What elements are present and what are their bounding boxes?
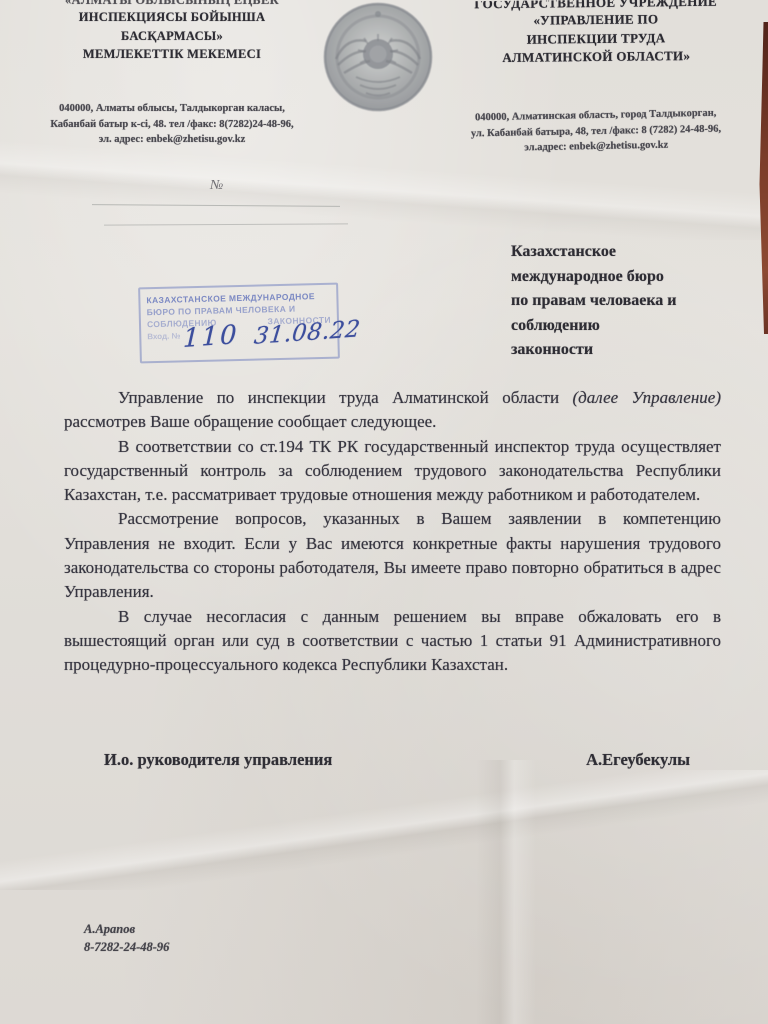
recipient-line: соблюдению <box>511 317 600 334</box>
reference-number-sign: № <box>210 178 223 194</box>
signer-name: А.Егеубекулы <box>586 750 690 770</box>
org-kz-line3: МЕМЛЕКЕТТІК МЕКЕМЕСІ <box>83 47 261 61</box>
executor-phone: 8-7282-24-48-96 <box>84 940 169 954</box>
paragraph-4: В случае несогласия с данным решением вы… <box>64 605 721 678</box>
recipient-line: Казахстанское <box>511 243 616 260</box>
kazakhstan-emblem-icon <box>322 1 434 113</box>
letterhead-org-russian: ГОСУДАРСТВЕННОЕ УЧРЕЖДЕНИЕ «УПРАВЛЕНИЕ П… <box>446 0 747 68</box>
signature-row: И.о. руководителя управления А.Егеубекул… <box>64 750 720 770</box>
reference-blank-line <box>104 223 348 225</box>
paragraph-1-italic: (далее Управление) <box>573 388 722 407</box>
org-ru-line0: ГОСУДАРСТВЕННОЕ УЧРЕЖДЕНИЕ <box>446 0 746 13</box>
org-ru-line3: АЛМАТИНСКОЙ ОБЛАСТИ» <box>502 48 690 65</box>
org-kz-line1: ИНСПЕКЦИЯСЫ БОЙЫНША <box>79 10 266 24</box>
photo-background-edge <box>758 22 768 334</box>
recipient-line: по правам человаека и <box>511 292 677 309</box>
addr-kz-line3: эл. адрес: enbek@zhetisu.gov.kz <box>99 134 246 145</box>
handwritten-entry-number: 110 <box>183 320 240 354</box>
letterhead-address-kazakh: 040000, Алматы облысы, Талдыкорган калас… <box>24 101 320 148</box>
org-ru-line2: ИНСПЕКЦИИ ТРУДА <box>527 30 666 46</box>
org-kz-top-partial-line: «АЛМАТЫ ОБЛЫСЫНЫҢ ЕҢБЕК <box>28 0 316 8</box>
letterhead-org-kazakh: «АЛМАТЫ ОБЛЫСЫНЫҢ ЕҢБЕК ИНСПЕКЦИЯСЫ БОЙЫ… <box>28 0 316 64</box>
paragraph-3: Рассмотрение вопросов, указанных в Вашем… <box>64 507 721 604</box>
addr-kz-line2: Кабанбай батыр к-сі, 48. тел /факс: 8(72… <box>50 119 293 130</box>
addr-kz-line1: 040000, Алматы облысы, Талдыкорган калас… <box>59 103 285 114</box>
signer-title: И.о. руководителя управления <box>104 750 332 770</box>
letterhead-address-russian: 040000, Алматинская область, город Талды… <box>442 105 751 157</box>
executor-name: А.Арапов <box>84 922 135 936</box>
recipient-line: международное бюро <box>511 268 664 285</box>
recipient-line: законности <box>511 341 593 358</box>
scanned-letter-page: «АЛМАТЫ ОБЛЫСЫНЫҢ ЕҢБЕК ИНСПЕКЦИЯСЫ БОЙЫ… <box>0 0 768 1024</box>
org-kz-line2: БАСҚАРМАСЫ» <box>121 29 223 43</box>
paragraph-2: В соответствии со ст.194 ТК РК государст… <box>64 435 721 508</box>
org-ru-line1: «УПРАВЛЕНИЕ ПО <box>533 11 658 27</box>
executor-footer: А.Арапов 8-7282-24-48-96 <box>84 920 169 956</box>
paper-crease <box>440 760 560 1024</box>
addr-ru-line2: ул. Кабанбай батыра, 48, тел /факс: 8 (7… <box>471 123 721 139</box>
addr-ru-line1: 040000, Алматинская область, город Талды… <box>475 108 716 124</box>
addr-ru-line3: эл.адрес: enbek@zhetisu.gov.kz <box>524 140 668 154</box>
letter-body: Управление по инспекции труда Алматинско… <box>64 386 721 678</box>
stamp-entry-label: Вход. № <box>147 331 180 341</box>
reference-blank-line <box>92 204 340 207</box>
paragraph-1: Управление по инспекции труда Алматинско… <box>64 386 721 435</box>
paper-crease <box>0 770 768 890</box>
recipient-block: Казахстанское международное бюро по прав… <box>511 240 721 363</box>
